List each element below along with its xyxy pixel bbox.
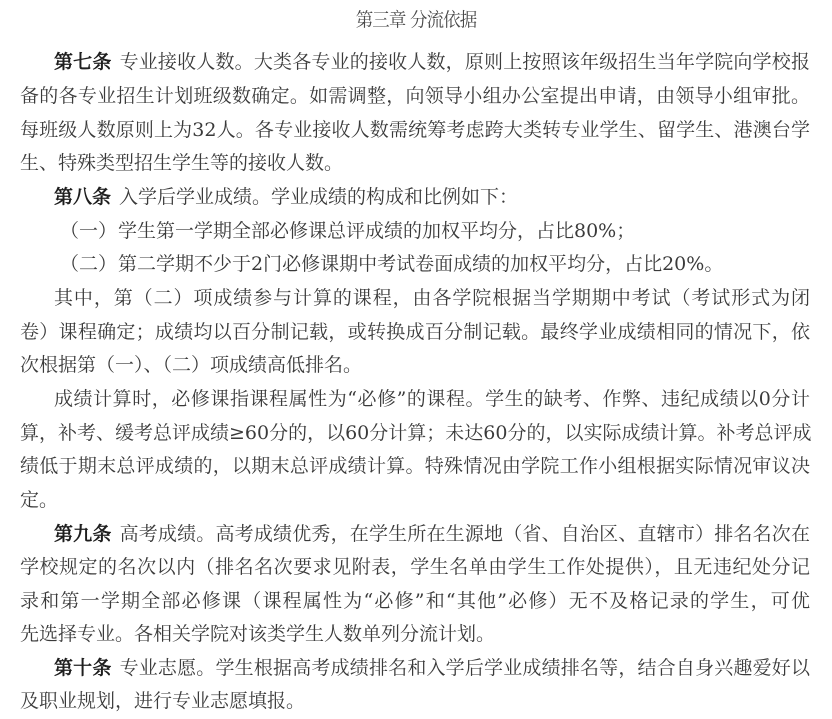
article-8-para-2-line-2: 算，补考、缓考总评成绩≥60分的，以60分计算；未达60分的，以实际成绩计算。补…	[20, 418, 810, 448]
article-8-para-1-line-2: 卷）课程确定；成绩均以百分制记载，或转换成百分制记载。最终学业成绩相同的情况下，…	[20, 317, 810, 347]
article-10-line-1: 第十条专业志愿。学生根据高考成绩排名和入学后学业成绩排名等，结合自身兴趣爱好以	[54, 653, 810, 683]
item-number: （二）	[60, 249, 118, 279]
article-8-label: 第八条	[54, 186, 111, 208]
item-text: 学生第一学期全部必修课总评成绩的加权平均分，占比80%；	[118, 220, 635, 242]
article-8-para-1-line-3: 次根据第（一）、（二）项成绩高低排名。	[20, 350, 810, 380]
article-8-para-2-line-1: 成绩计算时，必修课指课程属性为“必修”的课程。学生的缺考、作弊、违纪成绩以0分计	[54, 384, 810, 414]
article-8-para-1-line-1: 其中，第（二）项成绩参与计算的课程，由各学院根据当学期期中考试（考试形式为闭	[54, 283, 810, 313]
article-8-item-2: （二）第二学期不少于2门必修课期中考试卷面成绩的加权平均分，占比20%。	[60, 249, 810, 279]
article-10-line-2: 及职业规划，进行专业志愿填报。	[20, 686, 810, 716]
article-9-label: 第九条	[54, 523, 112, 545]
article-9-line-2: 学校规定的名次以内（排名名次要求见附表，学生名单由学生工作处提供），且无违纪处分…	[20, 552, 810, 582]
article-8-para-2-line-3: 绩低于期末总评成绩的，以期末总评成绩计算。特殊情况由学院工作小组根据实际情况审议…	[20, 451, 810, 481]
document-page: 第三章 分流依据 第七条专业接收人数。大类各专业的接收人数，原则上按照该年级招生…	[0, 0, 832, 719]
article-8-item-1: （一）学生第一学期全部必修课总评成绩的加权平均分，占比80%；	[60, 216, 810, 246]
article-9-line-4: 先选择专业。各相关学院对该类学生人数单列分流计划。	[20, 619, 810, 649]
article-9-line-3: 录和第一学期全部必修课（课程属性为“必修”和“其他”必修）无不及格记录的学生，可…	[20, 586, 810, 616]
item-number: （一）	[60, 216, 118, 246]
article-9-text: 高考成绩。高考成绩优秀，在学生所在生源地（省、自治区、直辖市）排名名次在	[120, 523, 810, 545]
article-9-line-1: 第九条高考成绩。高考成绩优秀，在学生所在生源地（省、自治区、直辖市）排名名次在	[54, 519, 810, 549]
article-7-line-2: 备的各专业招生计划班级数确定。如需调整，向领导小组办公室提出申请，由领导小组审批…	[20, 81, 810, 111]
chapter-title: 第三章 分流依据	[33, 6, 798, 34]
article-10-text: 专业志愿。学生根据高考成绩排名和入学后学业成绩排名等，结合自身兴趣爱好以	[120, 657, 810, 679]
article-10-label: 第十条	[54, 657, 112, 679]
item-text: 第二学期不少于2门必修课期中考试卷面成绩的加权平均分，占比20%。	[118, 253, 723, 275]
article-8-para-2-line-4: 定。	[20, 485, 810, 515]
article-7-line-3: 每班级人数原则上为32人。各专业接收人数需统筹考虑跨大类转专业学生、留学生、港澳…	[20, 115, 810, 145]
article-7-text: 专业接收人数。大类各专业的接收人数，原则上按照该年级招生当年学院向学校报	[120, 51, 810, 73]
article-7-line-1: 第七条专业接收人数。大类各专业的接收人数，原则上按照该年级招生当年学院向学校报	[54, 47, 810, 77]
article-8-line-1: 第八条入学后学业成绩。学业成绩的构成和比例如下：	[54, 182, 810, 212]
article-8-text: 入学后学业成绩。学业成绩的构成和比例如下：	[119, 186, 518, 208]
article-7-label: 第七条	[54, 51, 112, 73]
article-7-line-4: 生、特殊类型招生学生等的接收人数。	[20, 148, 810, 178]
